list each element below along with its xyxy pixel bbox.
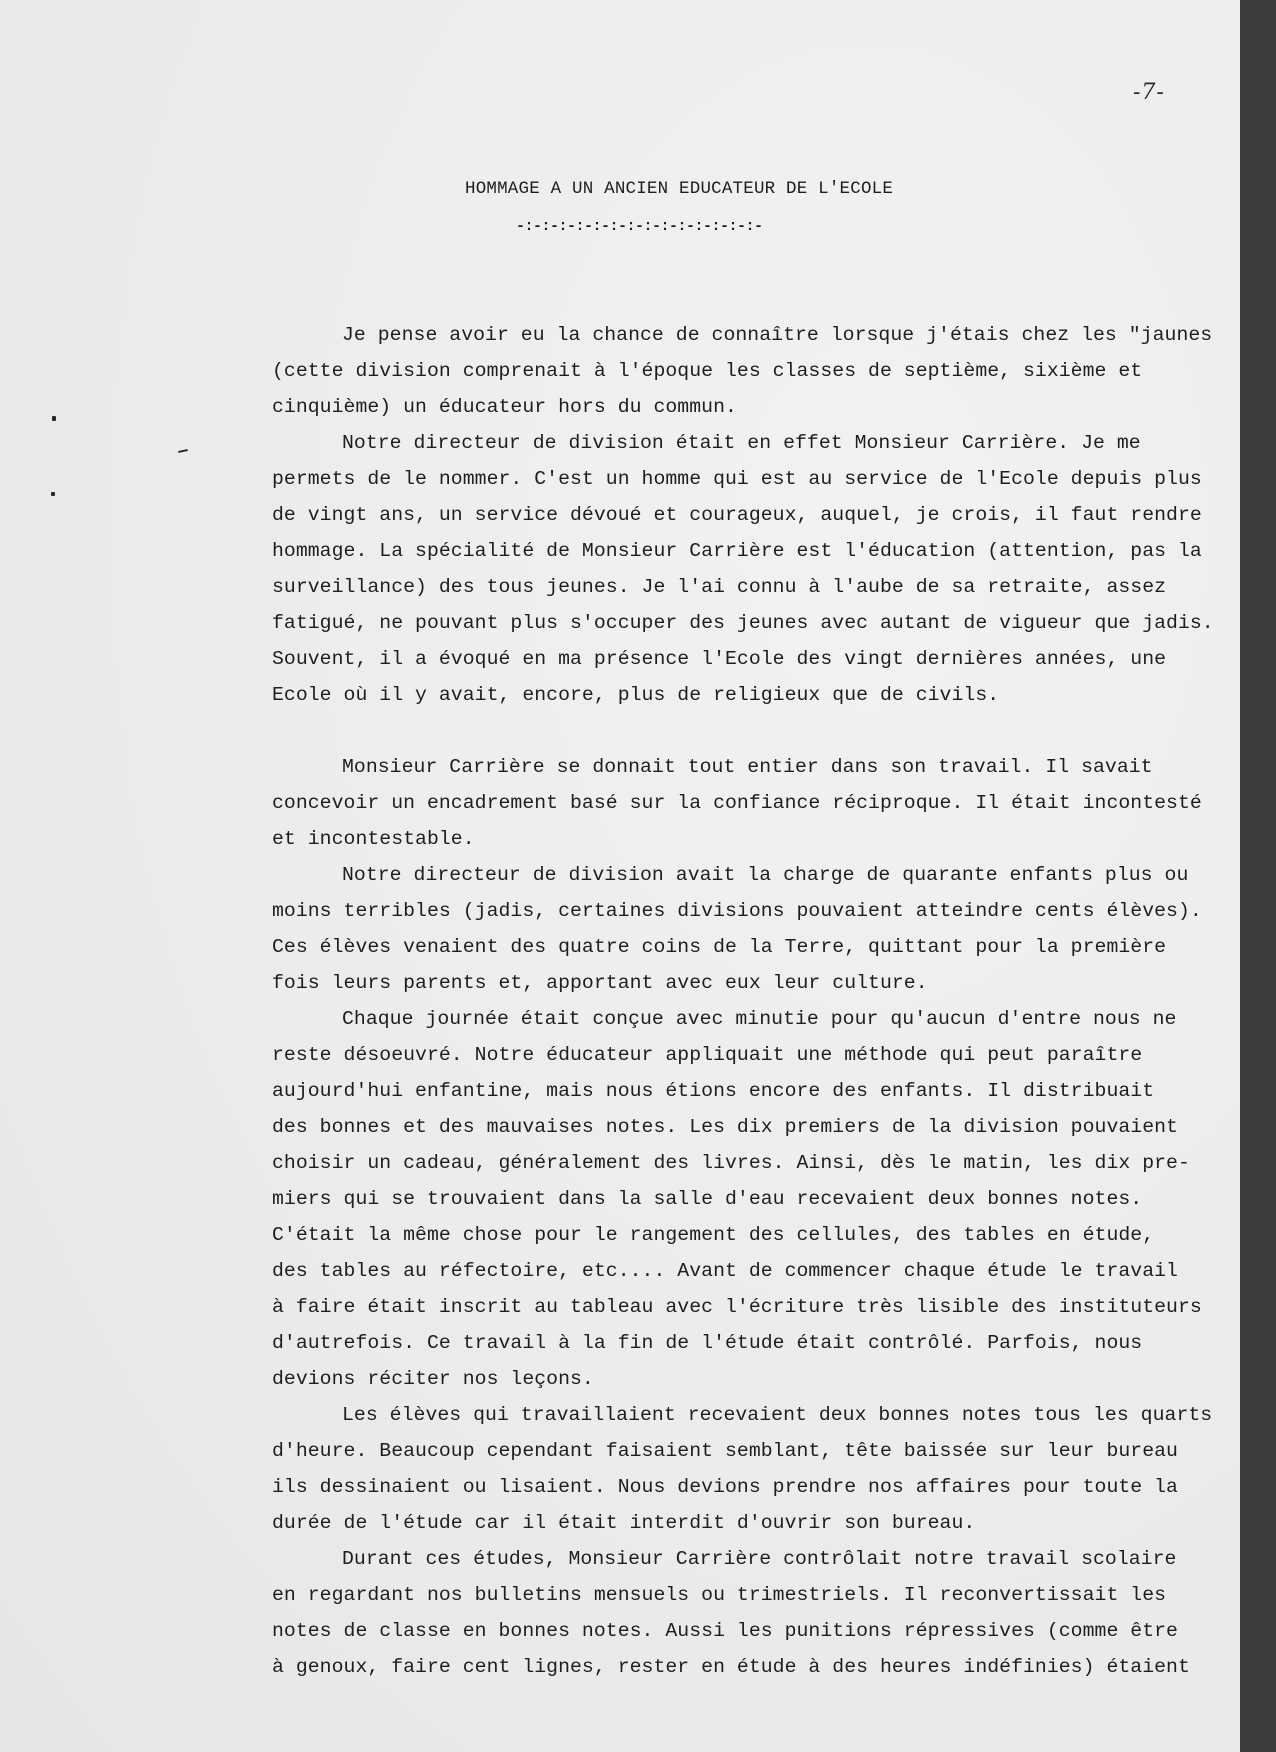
- text-line: Durant ces études, Monsieur Carrière con…: [342, 1548, 1176, 1570]
- text-line: cinquième) un éducateur hors du commun.: [272, 396, 737, 418]
- text-line: à genoux, faire cent lignes, rester en é…: [272, 1656, 1190, 1678]
- title-ornament-divider: -:-:-:-:-:-:-:-:-:-:-:-:-:-:-: [516, 218, 763, 235]
- text-line: Notre directeur de division avait la cha…: [342, 864, 1188, 886]
- text-line: surveillance) des tous jeunes. Je l'ai c…: [272, 576, 1166, 598]
- text-line: (cette division comprenait à l'époque le…: [272, 360, 1142, 382]
- text-line: à faire était inscrit au tableau avec l'…: [272, 1296, 1202, 1318]
- text-line: notes de classe en bonnes notes. Aussi l…: [272, 1620, 1178, 1642]
- text-line: Chaque journée était conçue avec minutie…: [342, 1008, 1176, 1030]
- text-line: de vingt ans, un service dévoué et coura…: [272, 504, 1202, 526]
- text-line: d'autrefois. Ce travail à la fin de l'ét…: [272, 1332, 1142, 1354]
- text-line: Notre directeur de division était en eff…: [342, 432, 1141, 454]
- text-line: en regardant nos bulletins mensuels ou t…: [272, 1584, 1166, 1606]
- text-line: fatigué, ne pouvant plus s'occuper des j…: [272, 612, 1214, 634]
- text-line: Ces élèves venaient des quatre coins de …: [272, 936, 1166, 958]
- text-line: et incontestable.: [272, 828, 475, 850]
- text-line: Monsieur Carrière se donnait tout entier…: [342, 756, 1153, 778]
- margin-dot-mark: [52, 416, 56, 421]
- text-line: C'était la même chose pour le rangement …: [272, 1224, 1154, 1246]
- text-line: devions réciter nos leçons.: [272, 1368, 594, 1390]
- text-line: aujourd'hui enfantine, mais nous étions …: [272, 1080, 1154, 1102]
- text-line: hommage. La spécialité de Monsieur Carri…: [272, 540, 1202, 562]
- text-line: Souvent, il a évoqué en ma présence l'Ec…: [272, 648, 1166, 670]
- document-title: HOMMAGE A UN ANCIEN EDUCATEUR DE L'ECOLE: [465, 179, 893, 199]
- typewritten-page: -7- HOMMAGE A UN ANCIEN EDUCATEUR DE L'E…: [0, 0, 1240, 1752]
- text-line: reste désoeuvré. Notre éducateur appliqu…: [272, 1044, 1142, 1066]
- text-line: moins terribles (jadis, certaines divisi…: [272, 900, 1202, 922]
- margin-dot-mark: [51, 492, 55, 496]
- text-line: des bonnes et des mauvaises notes. Les d…: [272, 1116, 1178, 1138]
- text-line: choisir un cadeau, généralement des livr…: [272, 1152, 1190, 1174]
- text-line: miers qui se trouvaient dans la salle d'…: [272, 1188, 1142, 1210]
- text-line: Les élèves qui travaillaient recevaient …: [342, 1404, 1212, 1426]
- margin-dash-mark: [178, 449, 188, 453]
- text-line: des tables au réfectoire, etc.... Avant …: [272, 1260, 1178, 1282]
- page-number: -7-: [1133, 80, 1165, 105]
- text-line: durée de l'étude car il était interdit d…: [272, 1512, 975, 1534]
- text-line: Ecole où il y avait, encore, plus de rel…: [272, 684, 999, 706]
- text-line: concevoir un encadrement basé sur la con…: [272, 792, 1202, 814]
- text-line: Je pense avoir eu la chance de connaître…: [342, 324, 1212, 346]
- text-line: fois leurs parents et, apportant avec eu…: [272, 972, 928, 994]
- text-line: permets de le nommer. C'est un homme qui…: [272, 468, 1202, 490]
- scan-background-edge: [1240, 0, 1276, 1752]
- text-line: d'heure. Beaucoup cependant faisaient se…: [272, 1440, 1178, 1462]
- text-line: ils dessinaient ou lisaient. Nous devion…: [272, 1476, 1178, 1498]
